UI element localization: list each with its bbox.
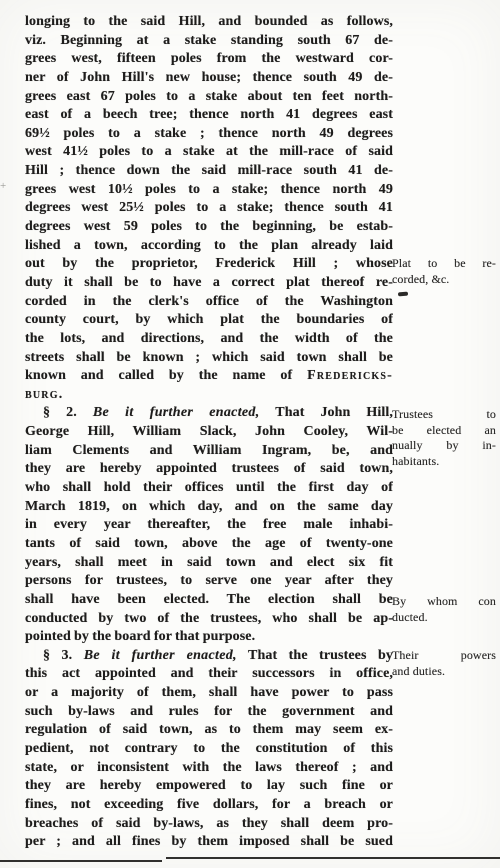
text-line: § 2. Be it further enacted, That John Hi…: [25, 404, 393, 423]
body-text: known and called by the name of: [25, 368, 307, 383]
text-line: liam Clements and William Ingram, be, an…: [25, 442, 393, 461]
margin-note: Plat to be re-corded, &c.: [392, 256, 496, 287]
body-text: longing to the said Hill, and bounded as…: [25, 14, 393, 29]
text-line: ner of John Hill's new house; thence sou…: [25, 69, 393, 88]
text-line: state, or inconsistent with the laws the…: [25, 759, 393, 778]
body-text: That the trustees by: [237, 648, 393, 663]
body-text: county court, by which plat the boundari…: [25, 312, 393, 327]
smallcaps-town-name: burg.: [25, 387, 63, 402]
text-line: corded in the clerk's office of the Wash…: [25, 293, 393, 312]
text-line: they are hereby empowered to lay such fi…: [25, 777, 393, 796]
text-line: out by the proprietor, Frederick Hill ; …: [25, 255, 393, 274]
body-text: years, shall meet in said town and elect…: [25, 555, 393, 570]
body-text: regulation of said town, as to them may …: [25, 722, 393, 737]
body-text: pedient, not contrary to the constitutio…: [25, 741, 393, 756]
text-line: county court, by which plat the boundari…: [25, 311, 393, 330]
body-text: lished a town, according to the plan alr…: [25, 238, 393, 253]
text-line: Hill ; thence down the said mill-race so…: [25, 162, 393, 181]
body-text: east of a beech tree; thence north 41 de…: [25, 107, 393, 122]
body-text: grees west 10½ poles to a stake; thence …: [25, 182, 393, 197]
margin-note: Trustees tobe elected annually by in-hab…: [392, 407, 496, 469]
italic-enacting-phrase: Be it further enacted,: [84, 648, 237, 663]
ink-dash-artifact: [398, 292, 408, 296]
body-text: conducted by two of the trustees, who sh…: [25, 611, 393, 626]
body-text: grees east 67 poles to a stake about ten…: [25, 89, 393, 104]
body-text: degrees west 25½ poles to a stake; thenc…: [25, 200, 393, 215]
body-text: in every year thereafter, the free male …: [25, 517, 393, 532]
text-line: grees west, fifteen poles from the westw…: [25, 50, 393, 69]
body-text: or a majority of them, shall have power …: [25, 685, 393, 700]
body-text: Hill ; thence down the said mill-race so…: [25, 163, 393, 178]
text-line: duty it shall be to have a correct plat …: [25, 274, 393, 293]
text-line: known and called by the name of Frederic…: [25, 367, 393, 386]
text-line: George Hill, William Slack, John Cooley,…: [25, 423, 393, 442]
margin-note-line: be elected an: [392, 423, 496, 439]
text-line: March 1819, on which day, and on the sam…: [25, 498, 393, 517]
text-line: breaches of said by-laws, as they shall …: [25, 815, 393, 834]
text-line: degrees west 25½ poles to a stake; thenc…: [25, 199, 393, 218]
body-text: pointed by the board for that purpose.: [25, 629, 255, 644]
body-text: persons for trustees, to serve one year …: [25, 573, 393, 588]
italic-enacting-phrase: Be it further enacted,: [93, 405, 260, 420]
body-text: breaches of said by-laws, as they shall …: [25, 816, 393, 831]
margin-note-line: Trustees to: [392, 407, 496, 423]
text-line: 69½ poles to a stake ; thence north 49 d…: [25, 125, 393, 144]
body-text: corded in the clerk's office of the Wash…: [25, 294, 393, 309]
body-text: per ; and all fines by them imposed shal…: [25, 834, 393, 849]
body-text: the lots, and directions, and the width …: [25, 331, 393, 346]
text-line: pointed by the board for that purpose.: [25, 628, 393, 647]
text-line: they are hereby appointed trustees of sa…: [25, 460, 393, 479]
text-line: such by-laws and rules for the governmen…: [25, 703, 393, 722]
body-text: such by-laws and rules for the governmen…: [25, 704, 393, 719]
body-text: tants of said town, above the age of twe…: [25, 536, 393, 551]
margin-note: Their powersand duties.: [392, 648, 496, 679]
margin-note-line: corded, &c.: [392, 272, 496, 288]
page-bottom-rule-right: [166, 857, 500, 859]
text-line: burg.: [25, 386, 393, 405]
body-text: § 3.: [43, 648, 84, 663]
margin-note-line: ducted.: [392, 610, 496, 626]
body-text: grees west, fifteen poles from the westw…: [25, 51, 393, 66]
margin-note-line: habitants.: [392, 454, 496, 470]
body-text: George Hill, William Slack, John Cooley,…: [25, 424, 393, 439]
text-line: viz. Beginning at a stake standing south…: [25, 32, 393, 51]
text-line: grees east 67 poles to a stake about ten…: [25, 88, 393, 107]
registration-plus-artifact: +: [0, 180, 6, 192]
text-line: streets shall be known ; which said town…: [25, 349, 393, 368]
page-bottom-rule-left: [0, 860, 162, 862]
body-text: duty it shall be to have a correct plat …: [25, 275, 393, 290]
body-text: That John Hill,: [260, 405, 393, 420]
text-column: longing to the said Hill, and bounded as…: [25, 13, 393, 852]
body-text: out by the proprietor, Frederick Hill ; …: [25, 256, 393, 271]
body-text: ner of John Hill's new house; thence sou…: [25, 70, 393, 85]
margin-note-line: Their powers: [392, 648, 496, 664]
text-line: this act appointed and their successors …: [25, 665, 393, 684]
text-line: grees west 10½ poles to a stake; thence …: [25, 181, 393, 200]
text-line: shall have been elected. The election sh…: [25, 591, 393, 610]
text-line: per ; and all fines by them imposed shal…: [25, 833, 393, 852]
text-line: west 41½ poles to a stake at the mill-ra…: [25, 143, 393, 162]
margin-note-line: Plat to be re-: [392, 256, 496, 272]
scanned-statute-page: longing to the said Hill, and bounded as…: [0, 0, 500, 868]
text-line: who shall hold their offices until the f…: [25, 479, 393, 498]
text-line: regulation of said town, as to them may …: [25, 721, 393, 740]
margin-note-line: By whom con: [392, 594, 496, 610]
body-text: fines, not exceeding five dollars, for a…: [25, 797, 393, 812]
text-line: the lots, and directions, and the width …: [25, 330, 393, 349]
body-text: March 1819, on which day, and on the sam…: [25, 499, 393, 514]
text-line: pedient, not contrary to the constitutio…: [25, 740, 393, 759]
body-text: viz. Beginning at a stake standing south…: [25, 33, 393, 48]
body-text: they are hereby appointed trustees of sa…: [25, 461, 393, 476]
text-line: fines, not exceeding five dollars, for a…: [25, 796, 393, 815]
body-text: 69½ poles to a stake ; thence north 49 d…: [25, 126, 393, 141]
body-text: west 41½ poles to a stake at the mill-ra…: [25, 144, 393, 159]
smallcaps-town-name: Fredericks-: [307, 368, 393, 383]
text-line: conducted by two of the trustees, who sh…: [25, 610, 393, 629]
body-text: state, or inconsistent with the laws the…: [25, 760, 393, 775]
text-line: in every year thereafter, the free male …: [25, 516, 393, 535]
margin-note-line: and duties.: [392, 664, 496, 680]
text-line: east of a beech tree; thence north 41 de…: [25, 106, 393, 125]
text-line: lished a town, according to the plan alr…: [25, 237, 393, 256]
body-text: they are hereby empowered to lay such fi…: [25, 778, 393, 793]
body-text: who shall hold their offices until the f…: [25, 480, 393, 495]
text-line: § 3. Be it further enacted, That the tru…: [25, 647, 393, 666]
margin-note: By whom conducted.: [392, 594, 496, 625]
text-line: degrees west 59 poles to the beginning, …: [25, 218, 393, 237]
body-text: liam Clements and William Ingram, be, an…: [25, 443, 393, 458]
text-line: years, shall meet in said town and elect…: [25, 554, 393, 573]
text-line: tants of said town, above the age of twe…: [25, 535, 393, 554]
body-text: degrees west 59 poles to the beginning, …: [25, 219, 393, 234]
text-line: or a majority of them, shall have power …: [25, 684, 393, 703]
margin-note-line: nually by in-: [392, 438, 496, 454]
text-line: longing to the said Hill, and bounded as…: [25, 13, 393, 32]
body-text: streets shall be known ; which said town…: [25, 350, 393, 365]
body-text: shall have been elected. The election sh…: [25, 592, 393, 607]
body-text: § 2.: [43, 405, 93, 420]
body-text: this act appointed and their successors …: [25, 666, 393, 681]
text-line: persons for trustees, to serve one year …: [25, 572, 393, 591]
